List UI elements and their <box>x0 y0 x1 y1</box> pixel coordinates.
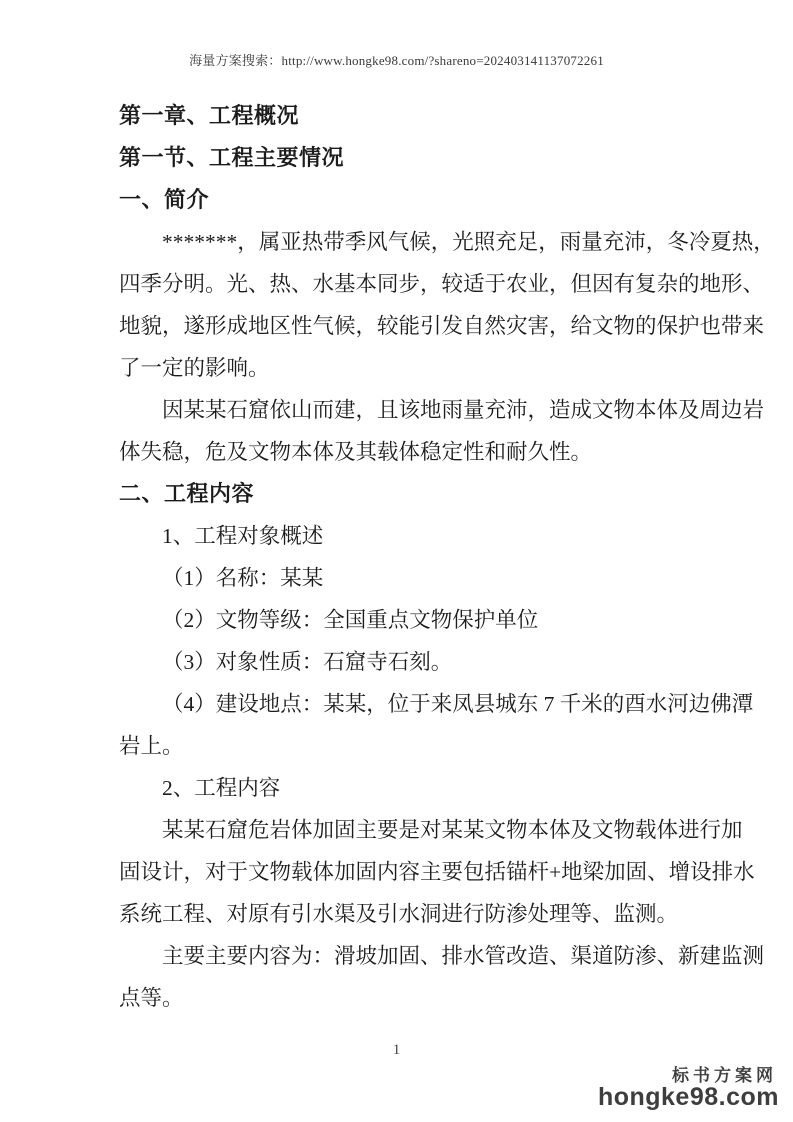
text-line: 因某某石窟依山而建，且该地雨量充沛，造成文物本体及周边岩 <box>119 389 677 431</box>
document-body: 第一章、工程概况 第一节、工程主要情况 一、简介 *******，属亚热带季风气… <box>119 95 677 1019</box>
subsection-intro-heading: 一、简介 <box>119 179 677 221</box>
heading-line: 二、工程内容 <box>119 473 677 515</box>
list-item-1-1: （1）名称：某某 <box>119 557 677 599</box>
header-share-url: http://www.hongke98.com/?shareno=2024031… <box>282 53 604 68</box>
list-item-1: 1、工程对象概述 <box>119 515 677 557</box>
page-number: 1 <box>0 1042 793 1059</box>
document-page: 海量方案搜索：http://www.hongke98.com/?shareno=… <box>0 0 793 1122</box>
text-line: 主要主要内容为：滑坡加固、排水管改造、渠道防渗、新建监测 <box>119 935 677 977</box>
header-source-line: 海量方案搜索：http://www.hongke98.com/?shareno=… <box>0 50 793 69</box>
list-item-2: 2、工程内容 <box>119 767 677 809</box>
intro-paragraph-2: 因某某石窟依山而建，且该地雨量充沛，造成文物本体及周边岩 体失稳，危及文物本体及… <box>119 389 677 473</box>
text-line: （1）名称：某某 <box>119 557 677 599</box>
text-line: 体失稳，危及文物本体及其载体稳定性和耐久性。 <box>119 431 677 473</box>
content-paragraph-1: 某某石窟危岩体加固主要是对某某文物本体及文物载体进行加 固设计，对于文物载体加固… <box>119 809 677 935</box>
intro-paragraph-1: *******，属亚热带季风气候，光照充足，雨量充沛，冬冷夏热， 四季分明。光、… <box>119 221 677 389</box>
section-1-heading: 第一节、工程主要情况 <box>119 137 677 179</box>
list-item-1-2: （2）文物等级：全国重点文物保护单位 <box>119 599 677 641</box>
text-line: 固设计，对于文物载体加固内容主要包括锚杆+地梁加固、增设排水 <box>119 851 677 893</box>
text-line: 1、工程对象概述 <box>119 515 677 557</box>
text-line: 四季分明。光、热、水基本同步，较适于农业，但因有复杂的地形、 <box>119 263 677 305</box>
list-item-1-4: （4）建设地点：某某，位于来凤县城东 7 千米的酉水河边佛潭 岩上。 <box>119 683 677 767</box>
site-watermark: 标书方案网 hongke98.com <box>598 1066 779 1109</box>
heading-line: 第一节、工程主要情况 <box>119 137 677 179</box>
heading-line: 一、简介 <box>119 179 677 221</box>
text-line: 了一定的影响。 <box>119 347 677 389</box>
text-line: （3）对象性质：石窟寺石刻。 <box>119 641 677 683</box>
heading-line: 第一章、工程概况 <box>119 95 677 137</box>
text-line: *******，属亚热带季风气候，光照充足，雨量充沛，冬冷夏热， <box>119 221 677 263</box>
text-line: （4）建设地点：某某，位于来凤县城东 7 千米的酉水河边佛潭 <box>119 683 677 725</box>
text-line: 岩上。 <box>119 725 677 767</box>
list-item-1-3: （3）对象性质：石窟寺石刻。 <box>119 641 677 683</box>
text-line: （2）文物等级：全国重点文物保护单位 <box>119 599 677 641</box>
text-line: 系统工程、对原有引水渠及引水洞进行防渗处理等、监测。 <box>119 893 677 935</box>
site-domain: hongke98.com <box>598 1086 779 1109</box>
text-line: 2、工程内容 <box>119 767 677 809</box>
header-search-label: 海量方案搜索： <box>189 53 281 68</box>
content-paragraph-2: 主要主要内容为：滑坡加固、排水管改造、渠道防渗、新建监测 点等。 <box>119 935 677 1019</box>
text-line: 地貌，遂形成地区性气候，较能引发自然灾害，给文物的保护也带来 <box>119 305 677 347</box>
text-line: 某某石窟危岩体加固主要是对某某文物本体及文物载体进行加 <box>119 809 677 851</box>
text-line: 点等。 <box>119 977 677 1019</box>
subsection-content-heading: 二、工程内容 <box>119 473 677 515</box>
chapter-1-heading: 第一章、工程概况 <box>119 95 677 137</box>
